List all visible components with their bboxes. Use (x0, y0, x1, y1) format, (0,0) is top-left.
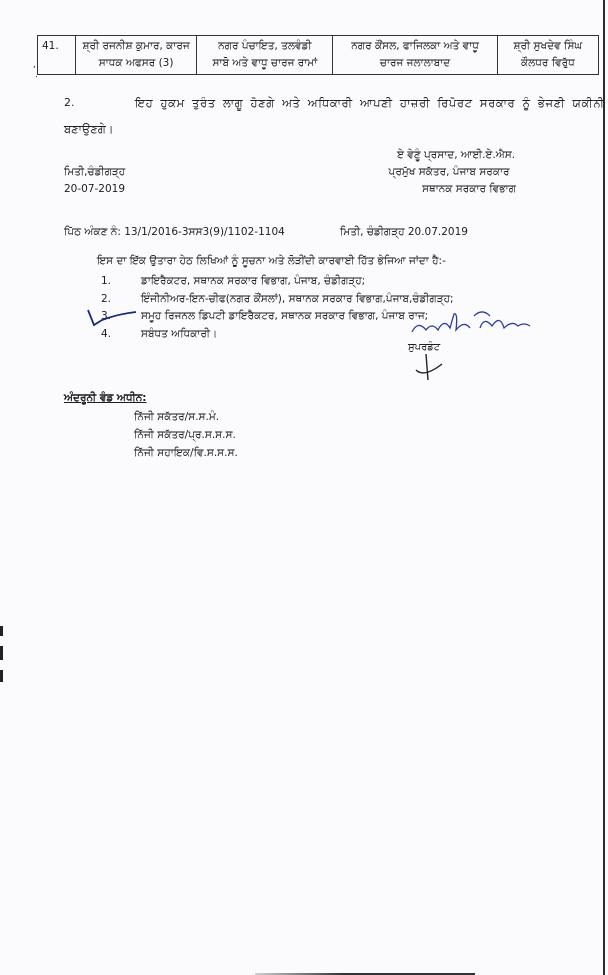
scan-mark (0, 646, 3, 660)
list-item: 2.ਇੰਜੀਨੀਅਰ-ਇਨ-ਚੀਫ(ਨਗਰ ਕੌਂਸਲਾਂ), ਸਥਾਨਕ ਸਰ… (101, 291, 454, 309)
endorsement-number: ਪਿੱਠ ਅੰਕਣ ਨੰ: 13/1/2016-3ਸਸ3(9)/1102-110… (64, 226, 285, 239)
initials-icon (412, 352, 452, 382)
against-cell: ਸ਼੍ਰੀ ਸੁਖਦੇਵ ਸਿੰਘ ਕੌਲਧਰ ਵਿਰੁੱਧ (497, 36, 598, 75)
transfer-table: 41. ਸ਼੍ਰੀ ਰਜਨੀਸ਼ ਕੁਮਾਰ, ਕਾਰਜ ਸਾਧਕ ਅਫਸਰ (… (37, 35, 599, 75)
signatory-department: ਸਥਾਨਕ ਸਰਕਾਰ ਵਿਭਾਗ (422, 181, 516, 198)
scan-mark (0, 626, 3, 636)
officer-name-cell: ਸ਼੍ਰੀ ਰਜਨੀਸ਼ ਕੁਮਾਰ, ਕਾਰਜ ਸਾਧਕ ਅਫਸਰ (3) (75, 36, 197, 75)
paragraph-continuation: ਬਣਾਉਣਗੇ। (64, 122, 114, 137)
paragraph-number: 2. (64, 96, 75, 109)
from-station-cell: ਨਗਰ ਪੰਚਾਇਤ, ਤਲਵੰਡੀ ਸਾਬੋ ਅਤੇ ਵਾਧੂ ਚਾਰਜ ਰਾ… (197, 36, 333, 75)
recipient-list: 1.ਡਾਇਰੈਕਟਰ, ਸਥਾਨਕ ਸਰਕਾਰ ਵਿਭਾਗ, ਪੰਜਾਬ, ਚੰ… (101, 273, 454, 343)
signatory-block: ਏ ਵੇਣੂੰ ਪ੍ਰਸਾਦ, ਆਈ.ਏ.ਐਸ. ਪ੍ਰਮੁੱਖ ਸਕੱਤਰ, … (396, 147, 516, 198)
signatory-name: ਏ ਵੇਣੂੰ ਪ੍ਰਸਾਦ, ਆਈ.ਏ.ਐਸ. (396, 147, 516, 164)
copy-intro: ਇਸ ਦਾ ਇੱਕ ਉਤਾਰਾ ਹੇਠ ਲਿਖਿਆਂ ਨੂੰ ਸੂਚਨਾ ਅਤੇ… (97, 255, 446, 268)
list-item: 3.ਸਮੂਹ ਰਿਜਨਲ ਡਿਪਟੀ ਡਾਇਰੈਕਟਰ, ਸਥਾਨਕ ਸਰਕਾਰ… (101, 308, 454, 326)
serial-cell: 41. (38, 36, 76, 75)
internal-distribution-heading: ਅੰਦਰੂਨੀ ਵੰਡ ਅਧੀਨ: (64, 392, 147, 405)
list-item: 4.ਸਬੰਧਤ ਅਧਿਕਾਰੀ। (101, 326, 454, 344)
paragraph-text: ਇਹ ਹੁਕਮ ਤੁਰੰਤ ਲਾਗੂ ਹੋਣਗੇ ਅਤੇ ਅਧਿਕਾਰੀ ਆਪਣ… (135, 96, 605, 111)
list-item: ਨਿੱਜੀ ਸਕੱਤਰ/ਪ੍ਰ.ਸ.ਸ.ਸ. (134, 426, 238, 444)
list-item: ਨਿੱਜੀ ਸਕੱਤਰ/ਸ.ਸ.ਮੰ. (134, 408, 238, 426)
scan-speck: , (33, 60, 36, 70)
place-date-block: ਮਿਤੀ,ਚੰਡੀਗੜ੍ਹ 20-07-2019 (64, 164, 125, 198)
endorsement-date: ਮਿਤੀ, ਚੰਡੀਗੜ੍ਹ 20.07.2019 (340, 226, 468, 239)
signatory-title: ਪ੍ਰਮੁੱਖ ਸਕੱਤਰ, ਪੰਜਾਬ ਸਰਕਾਰ (382, 164, 516, 181)
place: ਮਿਤੀ,ਚੰਡੀਗੜ੍ਹ (64, 164, 125, 181)
tick-mark-icon (84, 306, 140, 328)
list-item: 1.ਡਾਇਰੈਕਟਰ, ਸਥਾਨਕ ਸਰਕਾਰ ਵਿਭਾਗ, ਪੰਜਾਬ, ਚੰ… (101, 273, 454, 291)
table-row: 41. ਸ਼੍ਰੀ ਰਜਨੀਸ਼ ਕੁਮਾਰ, ਕਾਰਜ ਸਾਧਕ ਅਫਸਰ (… (38, 36, 599, 75)
list-item: ਨਿੱਜੀ ਸਹਾਇਕ/ਵਿ.ਸ.ਸ.ਸ. (134, 444, 238, 462)
date: 20-07-2019 (64, 181, 125, 198)
internal-distribution-list: ਨਿੱਜੀ ਸਕੱਤਰ/ਸ.ਸ.ਮੰ. ਨਿੱਜੀ ਸਕੱਤਰ/ਪ੍ਰ.ਸ.ਸ.… (134, 408, 238, 462)
to-station-cell: ਨਗਰ ਕੌਂਸਲ, ਫਾਜਿਲਕਾ ਅਤੇ ਵਾਧੂ ਚਾਰਜ ਜਲਾਲਾਬਾ… (333, 36, 498, 75)
scan-page-edge (603, 0, 605, 975)
signature-icon (408, 310, 538, 340)
scan-mark (0, 670, 3, 682)
